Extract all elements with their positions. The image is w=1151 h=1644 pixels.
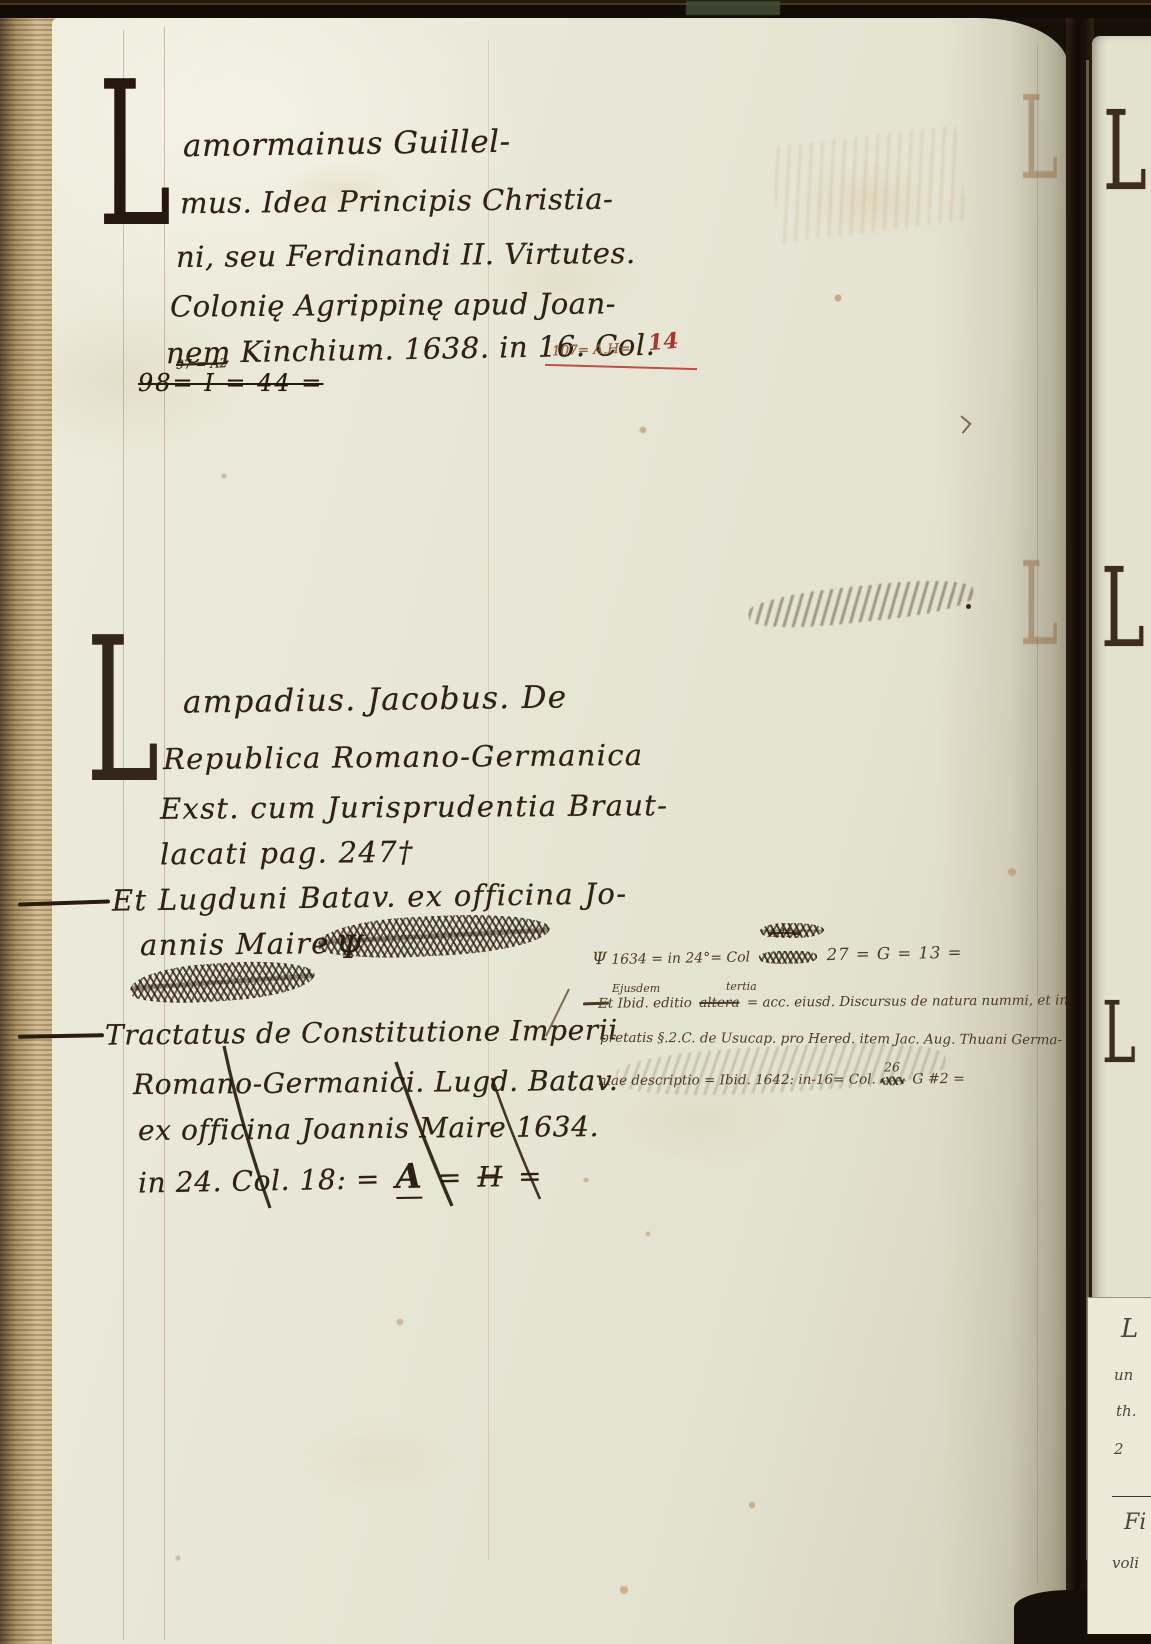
crossed-out-scribble xyxy=(759,950,817,964)
slip-text-fragment: Fi xyxy=(1124,1510,1146,1535)
annotation-text: = acc. eiusd. Discursus de natura nummi,… xyxy=(747,992,1093,1010)
annotation-shelfmark: 27 = G = 13 = xyxy=(826,943,962,964)
interlinear-correction: tertia xyxy=(726,980,757,993)
inserted-slip: L un th. 2 Fi voli xyxy=(1087,1297,1151,1634)
entry-line: Colonię Agrippinę apud Joan- xyxy=(170,286,616,323)
entry-line: mus. Idea Principis Christia- xyxy=(180,182,614,221)
annotation-struck-fragment: A.H= xyxy=(768,922,801,941)
annotation-text: Et Ibid. editio xyxy=(598,995,692,1012)
slip-text-fragment: 2 xyxy=(1114,1440,1124,1458)
shelfmark-old: 107= A.H= xyxy=(552,341,631,360)
entry-line: Tractatus de Constitutione Imperii xyxy=(105,1013,618,1051)
interlinear-correction: Ejusdem xyxy=(612,982,660,995)
entry-line: ampadius. Jacobus. De xyxy=(183,679,568,720)
corrected-number: 26 xyxy=(880,1065,908,1087)
entry-line: Exst. cum Jurisprudentia Braut- xyxy=(160,788,669,826)
shelfmark-text: in 24. Col. 18: = xyxy=(138,1162,381,1199)
entry-line: Romano-Germanici. Lugd. Batav. xyxy=(133,1064,619,1101)
scanner-top-band xyxy=(0,0,1151,18)
entry-line: Republica Romano-Germanica xyxy=(163,738,644,776)
entry-line: in 24. Col. 18: = A = H = xyxy=(138,1154,543,1201)
slip-text-fragment: L xyxy=(1121,1314,1138,1344)
entry-line: ni, seu Ferdinandi II. Virtutes. xyxy=(176,236,636,274)
ink-smudge-dot xyxy=(966,604,971,609)
annotation-line: niae descriptio = Ibid. 1642: in-16= Col… xyxy=(598,1065,965,1089)
page-gutter-shading xyxy=(938,18,1068,1644)
slip-text-fragment: voli xyxy=(1112,1554,1139,1572)
crossed-out-scribble xyxy=(880,1076,906,1085)
shelfmark-struck: H xyxy=(477,1160,503,1193)
drop-cap-initial: L xyxy=(98,56,171,256)
entry-line: lacati pag. 247† xyxy=(160,835,414,872)
addendum-line: Et Lugduni Batav. ex officina Jo- xyxy=(112,876,628,917)
shelfmark-red: 14 xyxy=(647,328,680,357)
drop-cap-initial: L xyxy=(86,612,159,812)
subnote-struck: 98= I = 44 = xyxy=(138,369,323,397)
neighbor-initial: L xyxy=(1103,96,1147,206)
ghost-initial: L xyxy=(1020,548,1058,663)
green-binding-patch xyxy=(686,1,780,15)
deckle-edge xyxy=(0,10,60,1644)
annotation-shelfmark: G #2 = xyxy=(912,1071,965,1087)
page-crease-line xyxy=(1037,44,1038,1584)
manuscript-scan: L amormainus Guillel- mus. Idea Principi… xyxy=(0,0,1151,1644)
annotation-text: niae descriptio = Ibid. 1642: in-16= Col… xyxy=(598,1072,876,1089)
annotation-text: 1634 = in 24°= Col xyxy=(611,949,750,967)
annotation-line: pretatis §.2.C. de Usucap. pro Hered. it… xyxy=(600,1030,1062,1048)
slip-text-fragment: th. xyxy=(1116,1402,1136,1420)
entry-line: amormainus Guillel- xyxy=(183,124,511,165)
slip-text-fragment: un xyxy=(1114,1366,1133,1384)
equals-sign: = xyxy=(518,1159,543,1192)
ghost-initial: L xyxy=(1020,82,1058,197)
struck-word: altera xyxy=(699,995,739,1011)
shelfmark-letter: A xyxy=(395,1157,423,1199)
neighbor-initial: L xyxy=(1101,553,1145,663)
insertion-mark: Ψ xyxy=(592,949,607,969)
addendum-text: annis Maire xyxy=(140,926,330,962)
equals-sign: = xyxy=(438,1161,463,1194)
neighbor-initial: L xyxy=(1102,991,1136,1076)
slip-rule xyxy=(1112,1496,1151,1497)
entry-line: ex officina Joannis Maire 1634. xyxy=(138,1110,599,1147)
